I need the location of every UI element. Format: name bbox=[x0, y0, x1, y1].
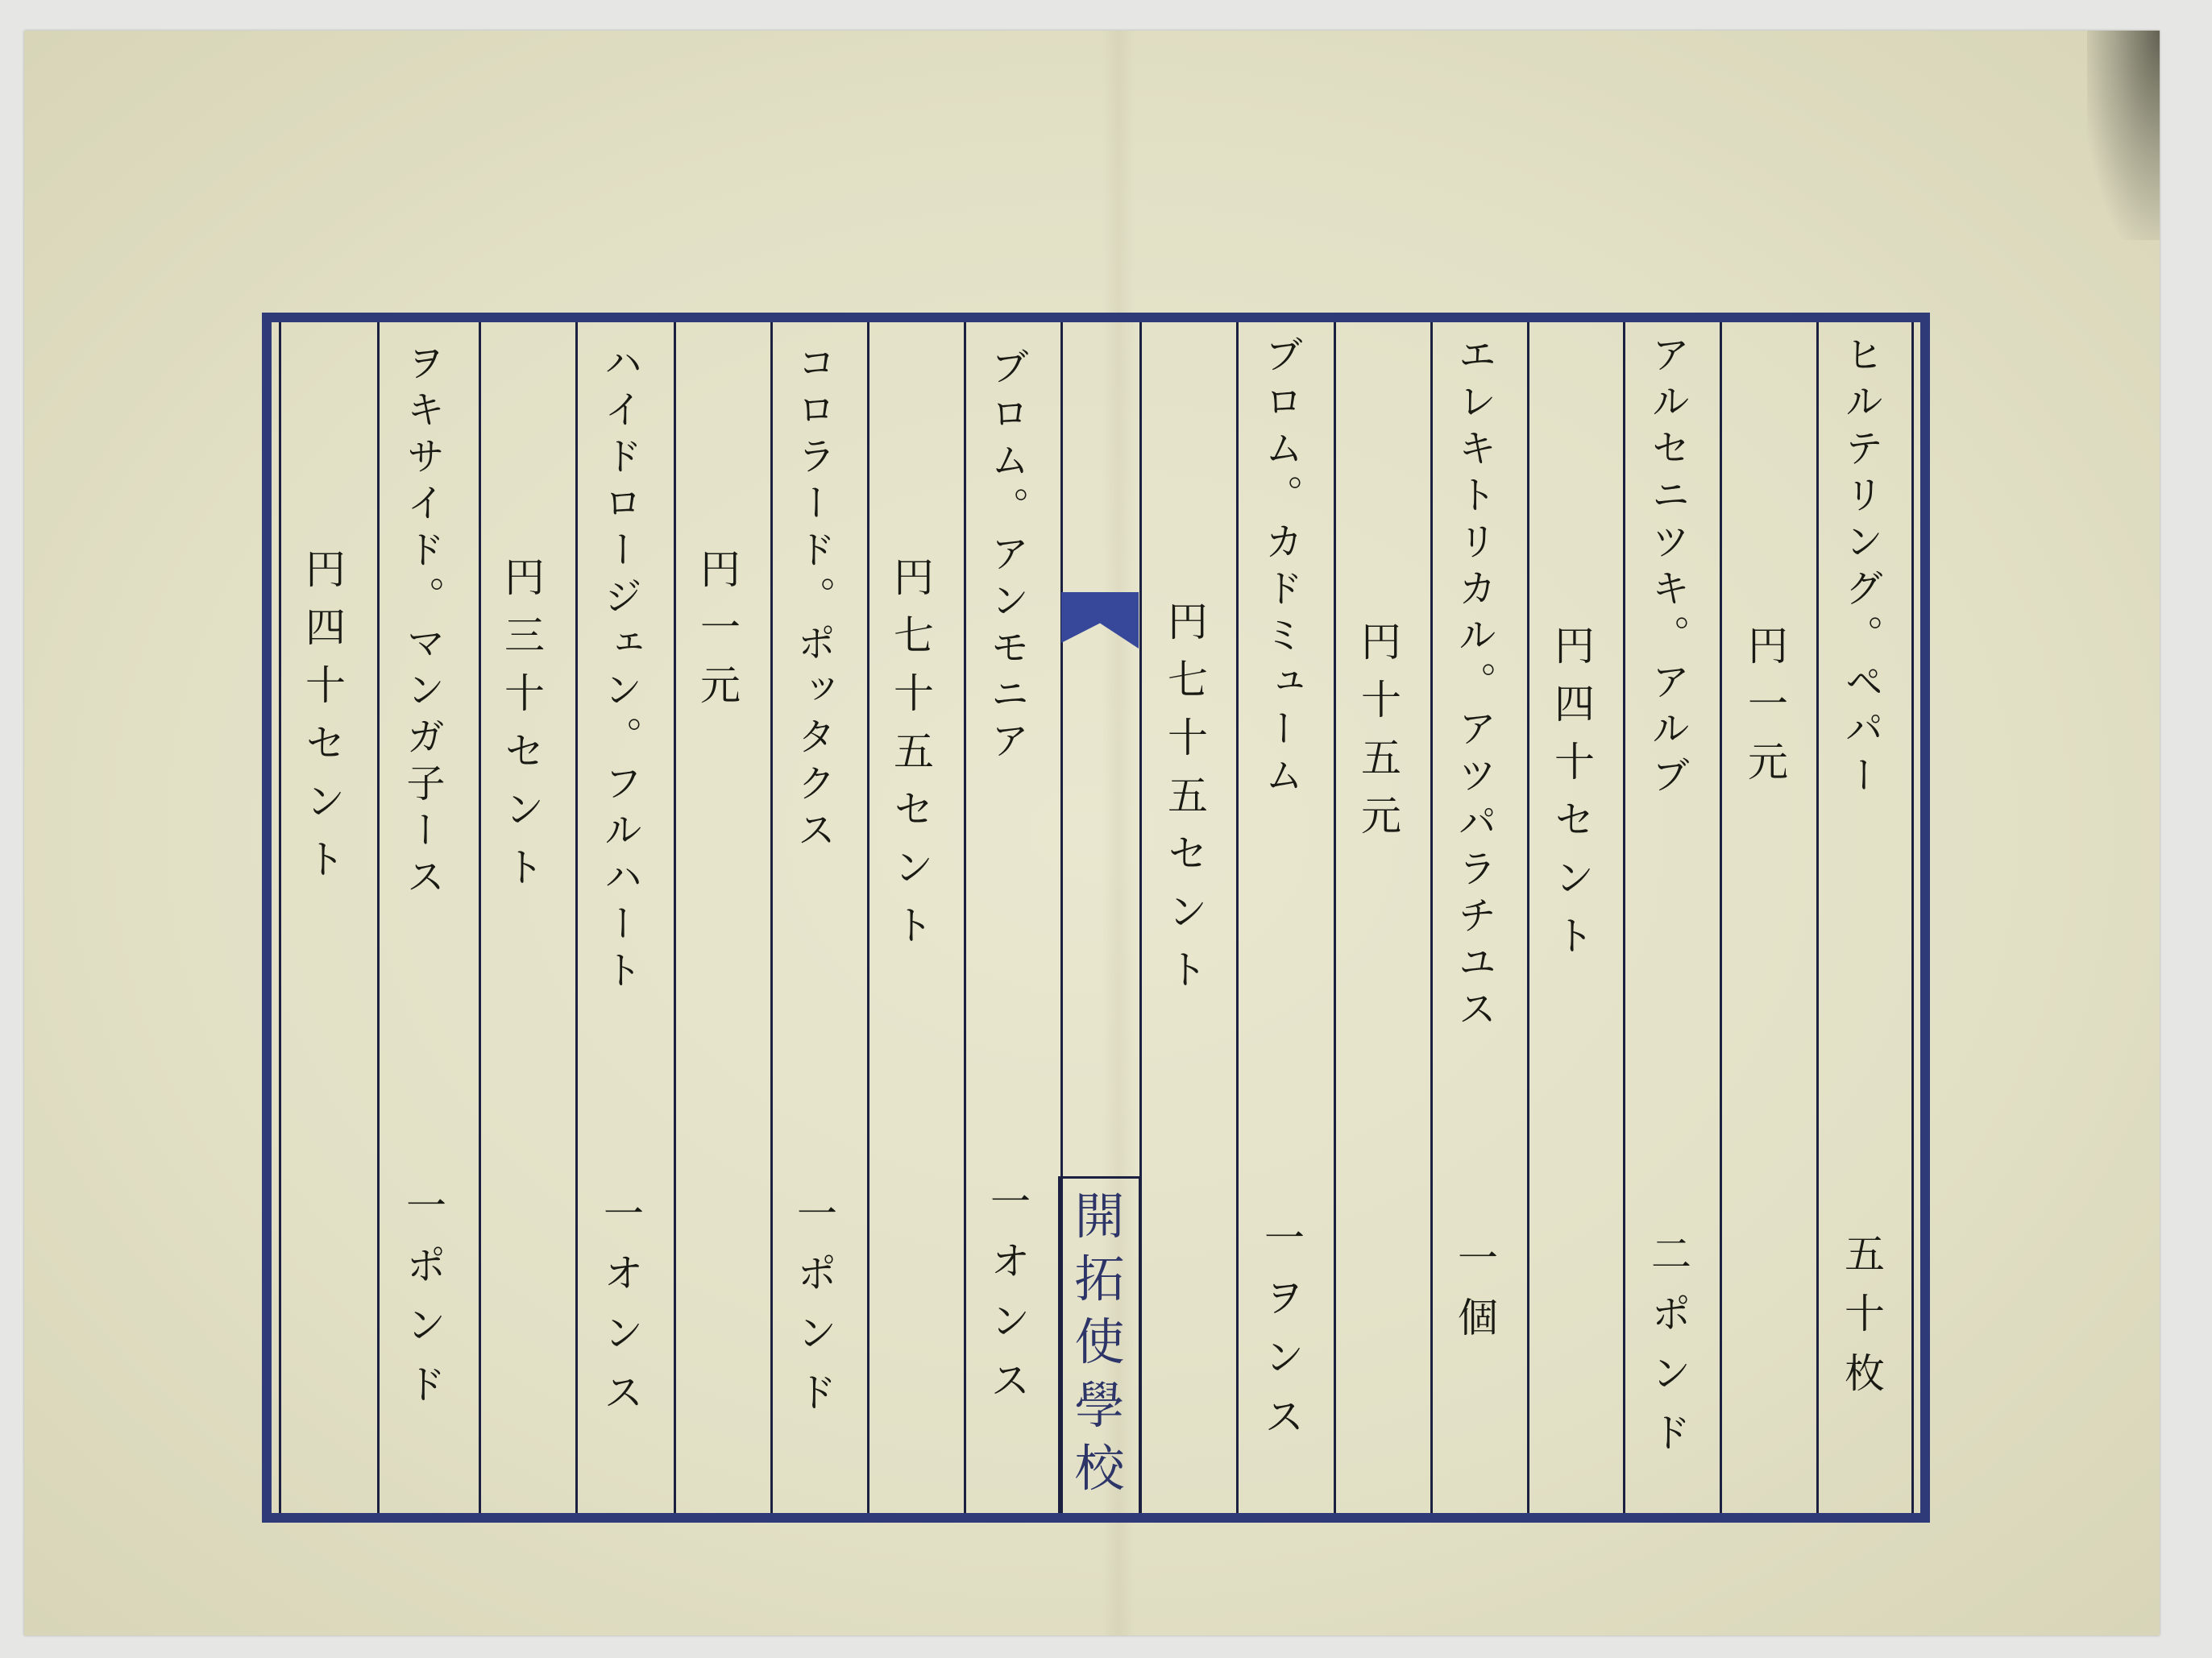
ruled-line bbox=[279, 322, 281, 1513]
seal-char: 校 bbox=[1074, 1444, 1124, 1494]
ruled-line bbox=[674, 322, 676, 1513]
seal-char: 學 bbox=[1074, 1381, 1124, 1431]
ruled-line bbox=[1720, 322, 1722, 1513]
ruled-line bbox=[575, 322, 578, 1513]
ruled-line bbox=[377, 322, 380, 1513]
item-quantity: 一個 bbox=[1455, 1237, 1495, 1356]
item-quantity: 五十枚 bbox=[1841, 1233, 1882, 1411]
item-name: ブロム。アンモニア bbox=[987, 346, 1026, 767]
item-quantity: 二ポンド bbox=[1648, 1233, 1688, 1471]
item-name: コロラード。ポッタクス bbox=[794, 342, 832, 856]
seal-char: 開 bbox=[1074, 1192, 1124, 1241]
item-quantity: 一オンス bbox=[600, 1192, 641, 1431]
item-name: ヲキサイド。マンガ子ース bbox=[403, 342, 442, 903]
item-quantity: 一ヲンス bbox=[1261, 1217, 1301, 1455]
item-name: ヒルテリング。ペパー bbox=[1841, 334, 1880, 802]
ruled-line bbox=[1911, 322, 1914, 1513]
item-price: 円七十五セント bbox=[1164, 600, 1205, 1006]
ruled-line bbox=[867, 322, 869, 1513]
ruled-line bbox=[1527, 322, 1529, 1513]
item-price: 円三十セント bbox=[501, 556, 542, 904]
ruled-line bbox=[1816, 322, 1819, 1513]
ruled-line bbox=[1236, 322, 1239, 1513]
item-price: 円十五元 bbox=[1358, 620, 1398, 852]
item-name: ハイドロージェン。フルハート bbox=[600, 342, 639, 997]
item-name: アルセニツキ。アルブ bbox=[1648, 334, 1687, 802]
item-price: 円四十セント bbox=[1551, 624, 1592, 972]
ruled-line bbox=[1430, 322, 1433, 1513]
item-price: 円一元 bbox=[1745, 624, 1785, 798]
ruled-line bbox=[1623, 322, 1625, 1513]
item-name: エレキトリカル。アツパラチユス bbox=[1455, 334, 1493, 1035]
ruled-line bbox=[964, 322, 966, 1513]
item-quantity: 一ポンド bbox=[794, 1192, 834, 1431]
item-quantity: 一ポンド bbox=[403, 1184, 443, 1423]
item-price: 円七十五セント bbox=[890, 556, 931, 962]
item-price: 円四十セント bbox=[302, 548, 342, 896]
ruled-line bbox=[770, 322, 773, 1513]
item-name: ブロム。カドミューム bbox=[1261, 334, 1300, 802]
school-seal-label: 開 拓 使 學 校 bbox=[1058, 1176, 1141, 1513]
ruled-line bbox=[1334, 322, 1336, 1513]
ruled-line bbox=[479, 322, 481, 1513]
seal-char: 拓 bbox=[1074, 1254, 1124, 1304]
item-price: 円一元 bbox=[697, 548, 737, 722]
item-quantity: 一オンス bbox=[987, 1180, 1027, 1419]
seal-char: 使 bbox=[1074, 1317, 1124, 1367]
